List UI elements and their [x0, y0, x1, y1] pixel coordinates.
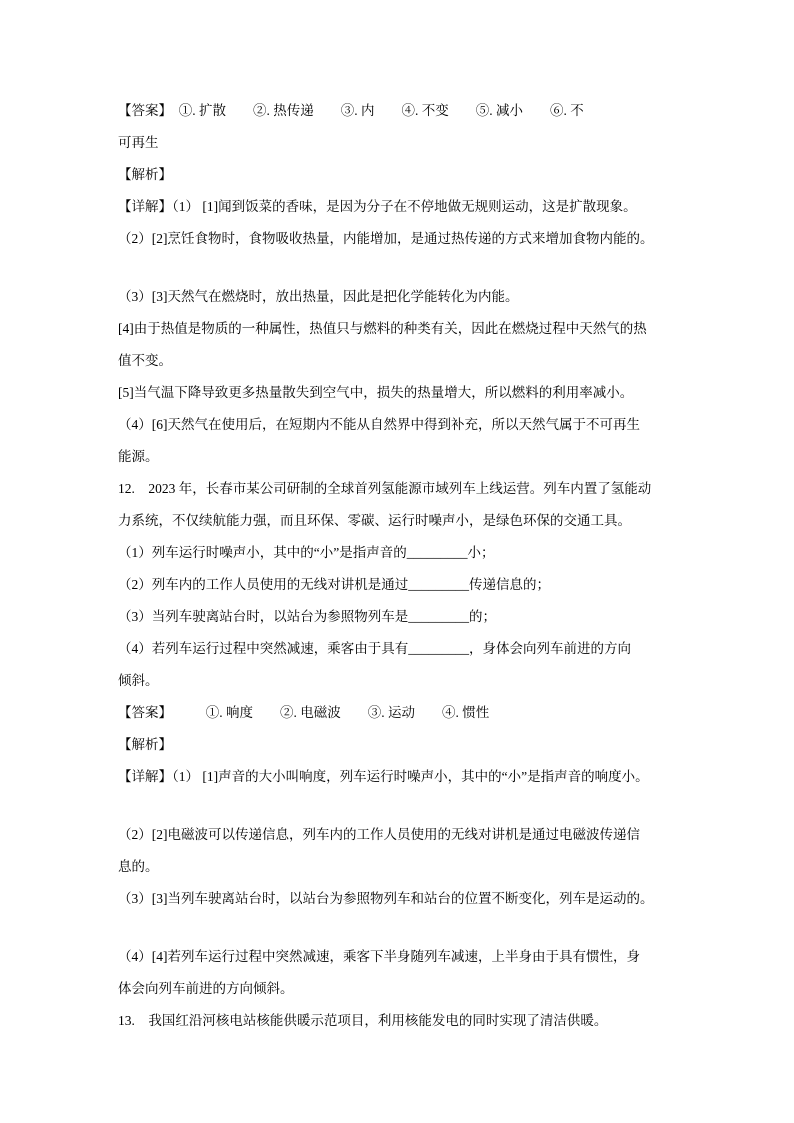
- analysis-label-q11: 【解析】: [118, 159, 733, 191]
- question-12-intro: 12. 2023 年，长春市某公司研制的全球首列氢能源市域列车上线运营。列车内置…: [118, 473, 733, 537]
- question-13-intro: 13. 我国红沿河核电站核能供暖示范项目，利用核能发电的同时实现了清洁供暖。: [118, 1005, 733, 1037]
- question-12-item-2: （2）列车内的工作人员使用的无线对讲机是通过_________传递信息的；: [118, 569, 733, 601]
- question-12-item-1: （1）列车运行时噪声小，其中的“小”是指声音的_________小；: [118, 537, 733, 569]
- explanation-q11-part5: [5]当气温下降导致更多热量散失到空气中，损失的热量增大，所以燃料的利用率减小。: [118, 377, 733, 409]
- question-12-item-3: （3）当列车驶离站台时，以站台为参照物列车是_________的；: [118, 601, 733, 633]
- paragraph-spacer: [118, 915, 733, 941]
- explanation-q11-part1: 【详解】（1） [1]闻到饭菜的香味，是因为分子在不停地做无规则运动，这是扩散现…: [118, 191, 733, 223]
- explanation-q11-part2: （2）[2]烹饪食物时，食物吸收热量，内能增加，是通过热传递的方式来增加食物内能…: [118, 223, 733, 255]
- document-content: 【答案】 ①. 扩散 ②. 热传递 ③. 内 ④. 不变 ⑤. 减小 ⑥. 不 …: [118, 95, 733, 1037]
- paragraph-spacer: [118, 255, 733, 281]
- answer-line-q12: 【答案】 ①. 响度 ②. 电磁波 ③. 运动 ④. 惯性: [118, 697, 733, 729]
- explanation-q12-part3: （3）[3]当列车驶离站台时，以站台为参照物列车和站台的位置不断变化，列车是运动…: [118, 883, 733, 915]
- document-page: 【答案】 ①. 扩散 ②. 热传递 ③. 内 ④. 不变 ⑤. 减小 ⑥. 不 …: [0, 0, 794, 1123]
- answer-line-q11: 【答案】 ①. 扩散 ②. 热传递 ③. 内 ④. 不变 ⑤. 减小 ⑥. 不 …: [118, 95, 733, 159]
- explanation-q12-part1: 【详解】（1） [1]声音的大小叫响度，列车运行时噪声小，其中的“小”是指声音的…: [118, 761, 733, 793]
- explanation-q11-part3: （3）[3]天然气在燃烧时，放出热量，因此是把化学能转化为内能。: [118, 281, 733, 313]
- paragraph-spacer: [118, 793, 733, 819]
- explanation-q11-part4: [4]由于热值是物质的一种属性，热值只与燃料的种类有关，因此在燃烧过程中天然气的…: [118, 313, 733, 377]
- question-12-item-4: （4）若列车运行过程中突然减速，乘客由于具有_________，身体会向列车前进…: [118, 633, 733, 697]
- explanation-q12-part2: （2）[2]电磁波可以传递信息，列车内的工作人员使用的无线对讲机是通过电磁波传递…: [118, 819, 733, 883]
- analysis-label-q12: 【解析】: [118, 729, 733, 761]
- explanation-q12-part4: （4）[4]若列车运行过程中突然减速，乘客下半身随列车减速，上半身由于具有惯性，…: [118, 941, 733, 1005]
- explanation-q11-part6: （4）[6]天然气在使用后，在短期内不能从自然界中得到补充，所以天然气属于不可再…: [118, 409, 733, 473]
